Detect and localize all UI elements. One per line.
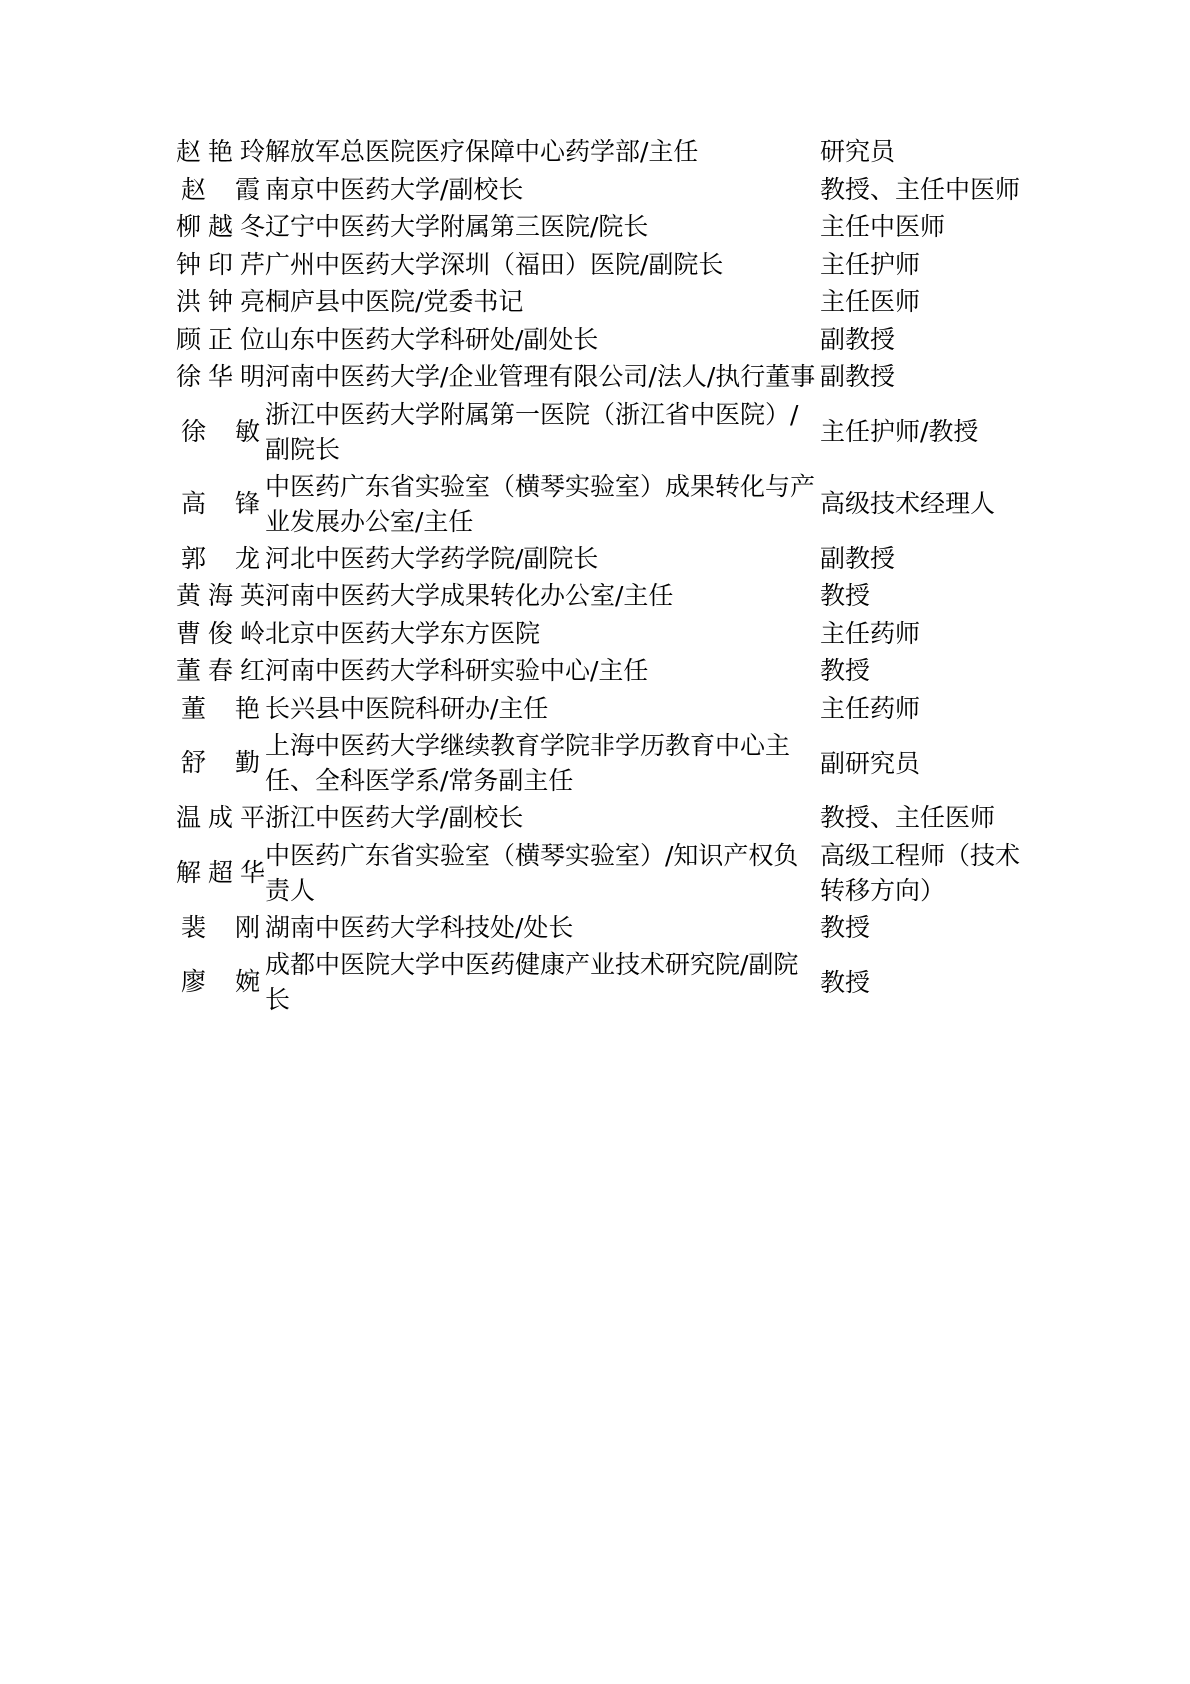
professional-title: 副教授 bbox=[820, 322, 1035, 357]
organization-position: 解放军总医院医疗保障中心药学部/主任 bbox=[265, 133, 820, 170]
person-name: 高 锋 bbox=[176, 485, 265, 523]
table-row: 曹俊岭 北京中医药大学东方医院 主任药师 bbox=[176, 615, 1056, 653]
table-row: 赵艳玲 解放军总医院医疗保障中心药学部/主任 研究员 bbox=[176, 133, 1056, 171]
table-row: 赵 霞 南京中医药大学/副校长 教授、主任中医师 bbox=[176, 171, 1056, 209]
organization-position: 浙江中医药大学附属第一医院（浙江省中医院）/副院长 bbox=[265, 396, 820, 468]
person-name: 曹俊岭 bbox=[176, 615, 265, 653]
organization-position: 中医药广东省实验室（横琴实验室）成果转化与产业发展办公室/主任 bbox=[265, 468, 820, 540]
person-name: 裴 刚 bbox=[176, 909, 265, 947]
professional-title: 教授 bbox=[820, 910, 1035, 945]
organization-position: 中医药广东省实验室（横琴实验室）/知识产权负责人 bbox=[265, 837, 820, 909]
professional-title: 主任药师 bbox=[820, 616, 1035, 651]
person-name: 郭 龙 bbox=[176, 540, 265, 578]
professional-title: 教授 bbox=[820, 578, 1035, 613]
organization-position: 南京中医药大学/副校长 bbox=[265, 171, 820, 208]
person-name: 董春红 bbox=[176, 652, 265, 690]
professional-title: 教授、主任医师 bbox=[820, 800, 1035, 835]
professional-title: 副研究员 bbox=[820, 746, 1035, 781]
person-name: 董 艳 bbox=[176, 690, 265, 728]
person-name: 廖 婉 bbox=[176, 963, 265, 1001]
person-name: 顾正位 bbox=[176, 321, 265, 359]
table-row: 董 艳 长兴县中医院科研办/主任 主任药师 bbox=[176, 690, 1056, 728]
organization-position: 广州中医药大学深圳（福田）医院/副院长 bbox=[265, 246, 820, 283]
organization-position: 河北中医药大学药学院/副院长 bbox=[265, 540, 820, 577]
organization-position: 山东中医药大学科研处/副处长 bbox=[265, 321, 820, 358]
professional-title: 副教授 bbox=[820, 359, 1035, 394]
professional-title: 主任护师 bbox=[820, 247, 1035, 282]
table-row: 徐华明 河南中医药大学/企业管理有限公司/法人/执行董事 副教授 bbox=[176, 358, 1056, 396]
table-row: 洪钟亮 桐庐县中医院/党委书记 主任医师 bbox=[176, 283, 1056, 321]
table-row: 顾正位 山东中医药大学科研处/副处长 副教授 bbox=[176, 321, 1056, 359]
person-name: 舒 勤 bbox=[176, 744, 265, 782]
professional-title: 高级工程师（技术转移方向） bbox=[820, 838, 1035, 908]
organization-position: 湖南中医药大学科技处/处长 bbox=[265, 909, 820, 946]
person-name: 徐华明 bbox=[176, 358, 265, 396]
table-row: 柳越冬 辽宁中医药大学附属第三医院/院长 主任中医师 bbox=[176, 208, 1056, 246]
table-row: 温成平 浙江中医药大学/副校长 教授、主任医师 bbox=[176, 799, 1056, 837]
table-row: 高 锋 中医药广东省实验室（横琴实验室）成果转化与产业发展办公室/主任 高级技术… bbox=[176, 468, 1056, 540]
table-row: 徐 敏 浙江中医药大学附属第一医院（浙江省中医院）/副院长 主任护师/教授 bbox=[176, 396, 1056, 468]
professional-title: 教授 bbox=[820, 653, 1035, 688]
organization-position: 上海中医药大学继续教育学院非学历教育中心主任、全科医学系/常务副主任 bbox=[265, 727, 820, 799]
table-row: 解超华 中医药广东省实验室（横琴实验室）/知识产权负责人 高级工程师（技术转移方… bbox=[176, 837, 1056, 909]
organization-position: 浙江中医药大学/副校长 bbox=[265, 799, 820, 836]
person-name: 徐 敏 bbox=[176, 413, 265, 451]
organization-position: 河南中医药大学科研实验中心/主任 bbox=[265, 652, 820, 689]
organization-position: 河南中医药大学/企业管理有限公司/法人/执行董事 bbox=[265, 358, 820, 395]
person-name: 洪钟亮 bbox=[176, 283, 265, 321]
table-row: 舒 勤 上海中医药大学继续教育学院非学历教育中心主任、全科医学系/常务副主任 副… bbox=[176, 727, 1056, 799]
table-row: 廖 婉 成都中医院大学中医药健康产业技术研究院/副院长 教授 bbox=[176, 946, 1056, 1018]
organization-position: 北京中医药大学东方医院 bbox=[265, 615, 820, 652]
professional-title: 主任医师 bbox=[820, 284, 1035, 319]
table-row: 裴 刚 湖南中医药大学科技处/处长 教授 bbox=[176, 909, 1056, 947]
professional-title: 研究员 bbox=[820, 134, 1035, 169]
organization-position: 长兴县中医院科研办/主任 bbox=[265, 690, 820, 727]
person-name: 柳越冬 bbox=[176, 208, 265, 246]
organization-position: 成都中医院大学中医药健康产业技术研究院/副院长 bbox=[265, 946, 820, 1018]
table-row: 钟印芹 广州中医药大学深圳（福田）医院/副院长 主任护师 bbox=[176, 246, 1056, 284]
professional-title: 教授、主任中医师 bbox=[820, 172, 1035, 207]
person-name: 赵艳玲 bbox=[176, 133, 265, 171]
roster-table: 赵艳玲 解放军总医院医疗保障中心药学部/主任 研究员 赵 霞 南京中医药大学/副… bbox=[176, 133, 1056, 1018]
person-name: 钟印芹 bbox=[176, 246, 265, 284]
person-name: 黄海英 bbox=[176, 577, 265, 615]
professional-title: 教授 bbox=[820, 965, 1035, 1000]
table-row: 董春红 河南中医药大学科研实验中心/主任 教授 bbox=[176, 652, 1056, 690]
person-name: 解超华 bbox=[176, 854, 265, 892]
table-row: 黄海英 河南中医药大学成果转化办公室/主任 教授 bbox=[176, 577, 1056, 615]
document-page: 赵艳玲 解放军总医院医疗保障中心药学部/主任 研究员 赵 霞 南京中医药大学/副… bbox=[0, 0, 1190, 1684]
professional-title: 主任护师/教授 bbox=[820, 414, 1035, 449]
person-name: 赵 霞 bbox=[176, 171, 265, 209]
professional-title: 主任中医师 bbox=[820, 209, 1035, 244]
table-row: 郭 龙 河北中医药大学药学院/副院长 副教授 bbox=[176, 540, 1056, 578]
professional-title: 主任药师 bbox=[820, 691, 1035, 726]
person-name: 温成平 bbox=[176, 799, 265, 837]
organization-position: 辽宁中医药大学附属第三医院/院长 bbox=[265, 208, 820, 245]
professional-title: 高级技术经理人 bbox=[820, 486, 1035, 521]
professional-title: 副教授 bbox=[820, 541, 1035, 576]
organization-position: 河南中医药大学成果转化办公室/主任 bbox=[265, 577, 820, 614]
organization-position: 桐庐县中医院/党委书记 bbox=[265, 283, 820, 320]
